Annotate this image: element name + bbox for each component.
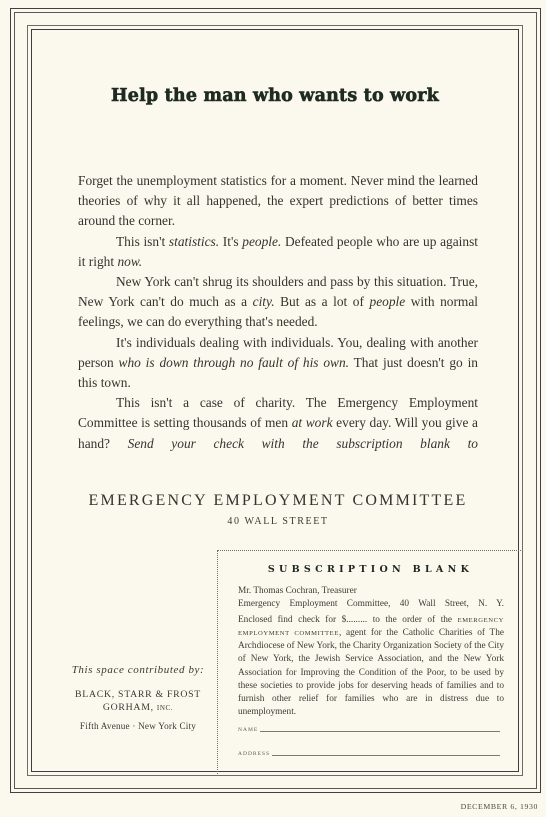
p3-italic-people: people (370, 294, 406, 309)
address-input-line[interactable] (272, 755, 500, 756)
subscription-title: SUBSCRIPTION BLANK (218, 564, 523, 575)
p3-text: But as a lot of (275, 294, 370, 309)
name-label: NAME (238, 727, 258, 733)
paragraph-3: New York can't shrug its shoulders and p… (78, 272, 478, 333)
contributor-block: This space contributed by: BLACK, STARR … (60, 664, 216, 731)
p4-italic-phrase: who is down through no fault of his own. (119, 355, 349, 370)
p2-italic-statistics: statistics. (169, 234, 219, 249)
name-field[interactable]: NAME (238, 727, 500, 733)
address-label: ADDRESS (238, 751, 270, 757)
contributed-by-label: This space contributed by: (60, 664, 216, 676)
contributor-firm: BLACK, STARR & FROST GORHAM, INC. (60, 688, 216, 715)
p5-italic-at-work: at work (292, 415, 333, 430)
p2-italic-people: people. (242, 234, 281, 249)
firm-name-gorham: GORHAM, (103, 702, 154, 713)
addressee-line-1: Mr. Thomas Cochran, Treasurer (238, 585, 504, 598)
paragraph-2: This isn't statistics. It's people. Defe… (78, 232, 478, 272)
enclosed-paragraph: Enclosed find check for $......... to th… (238, 614, 504, 719)
subscription-blank: SUBSCRIPTION BLANK Mr. Thomas Cochran, T… (217, 550, 523, 776)
committee-name: EMERGENCY EMPLOYMENT COMMITTEE (78, 492, 478, 510)
p2-text: This isn't (116, 234, 169, 249)
p2-italic-now: now. (117, 254, 142, 269)
dateline: DECEMBER 6, 1930 (461, 802, 538, 811)
body-copy: Forget the unemployment statistics for a… (78, 171, 478, 454)
paragraph-1: Forget the unemployment statistics for a… (78, 171, 478, 232)
headline: Help the man who wants to work (31, 86, 519, 106)
address-field[interactable]: ADDRESS (238, 751, 500, 757)
paragraph-5: This isn't a case of charity. The Emerge… (78, 393, 478, 454)
p2-text: It's (219, 234, 242, 249)
firm-suffix: INC. (157, 704, 173, 712)
subscription-text: Mr. Thomas Cochran, Treasurer Emergency … (238, 585, 504, 719)
paragraph-4: It's individuals dealing with individual… (78, 333, 478, 394)
committee-address: 40 WALL STREET (78, 516, 478, 527)
addressee-line-2: Emergency Employment Committee, 40 Wall … (238, 598, 504, 611)
enclosed-text: Enclosed find check for $......... to th… (238, 615, 458, 625)
firm-line-2: GORHAM, INC. (60, 701, 216, 715)
firm-line-1: BLACK, STARR & FROST (60, 688, 216, 701)
contributor-location: Fifth Avenue · New York City (60, 721, 216, 731)
p3-italic-city: city. (253, 294, 275, 309)
enclosed-text: , agent for the Catholic Charities of Th… (238, 628, 504, 717)
name-input-line[interactable] (260, 731, 500, 732)
paragraph-1-text: Forget the unemployment statistics for a… (78, 173, 478, 228)
p5-italic-call-to-action: Send your check with the subscription bl… (128, 436, 478, 451)
